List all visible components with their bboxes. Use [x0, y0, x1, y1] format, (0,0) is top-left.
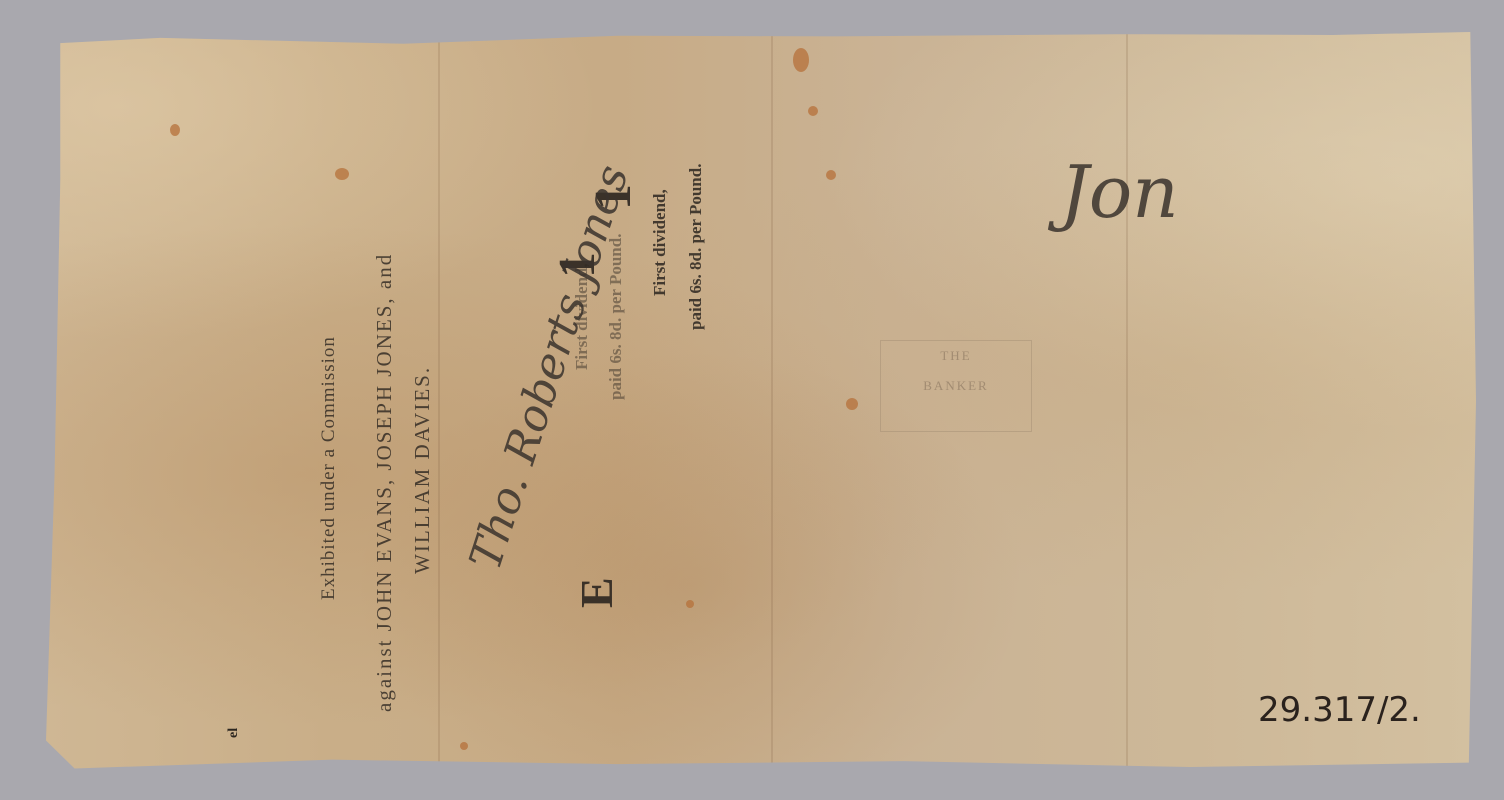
watermark-line-2: BANKER	[881, 371, 1031, 401]
fold-line	[771, 32, 773, 770]
printed-line-3: WILLIAM DAVIES.	[410, 366, 435, 574]
large-stamp-mark: E	[570, 577, 623, 608]
stain	[826, 170, 836, 180]
watermark-line-1: THE	[881, 341, 1031, 371]
stain	[460, 742, 468, 750]
banknote-paper	[46, 32, 1476, 770]
fold-line	[1126, 32, 1128, 770]
stain	[686, 600, 694, 608]
stain	[170, 124, 180, 136]
small-mark: el	[226, 728, 242, 738]
stain	[793, 48, 809, 72]
stain	[846, 398, 858, 410]
fold-line	[438, 32, 440, 770]
printed-line-2: against JOHN EVANS, JOSEPH JONES, and	[372, 253, 397, 712]
stain	[808, 106, 818, 116]
catalog-number: 29.317/2.	[1258, 690, 1421, 730]
printed-line-1: Exhibited under a Commission	[318, 336, 340, 600]
dividend-line-2b: paid 6s. 8d. per Pound.	[686, 164, 706, 330]
handwritten-jon: Jon	[1060, 150, 1179, 234]
watermark: THE BANKER	[880, 340, 1032, 432]
stain	[335, 168, 349, 180]
dividend-line-2a: First dividend,	[650, 189, 670, 296]
